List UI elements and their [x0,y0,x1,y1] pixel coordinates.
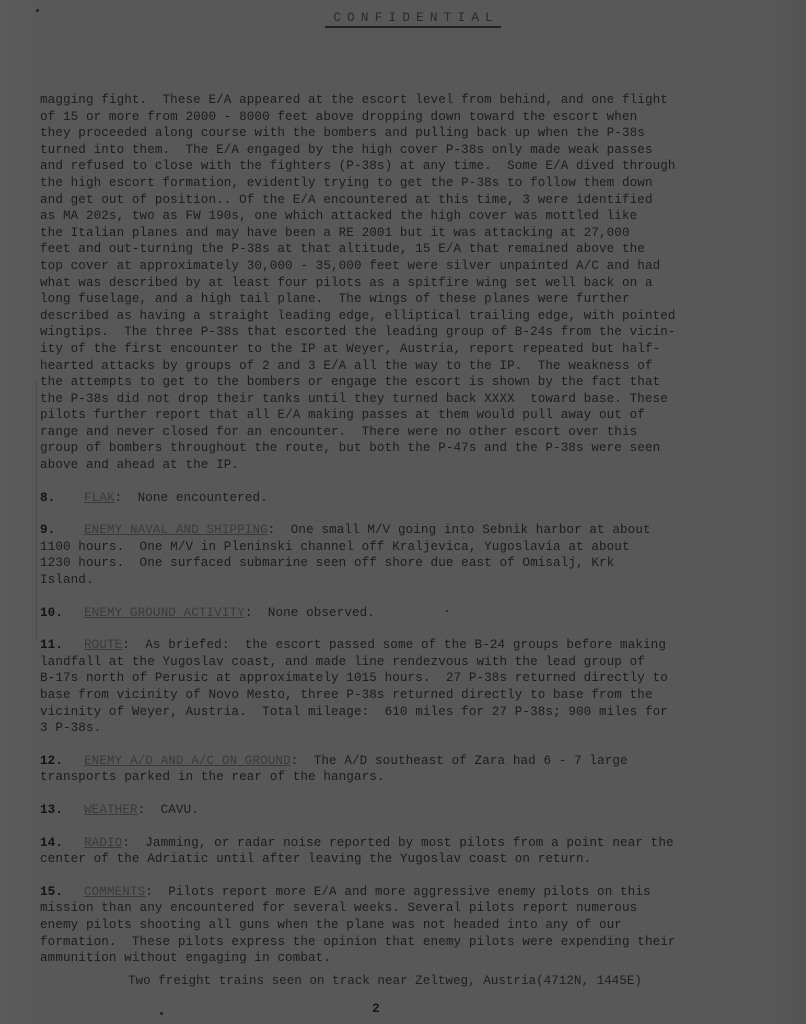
text-line: magging fight. These E/A appeared at the… [40,92,730,109]
section-heading: ENEMY NAVAL AND SHIPPING [84,523,268,537]
section-heading: FLAK [84,491,115,505]
text-line: turned into them. The E/A engaged by the… [40,142,730,159]
report-sections: 8.FLAK: None encountered.9.ENEMY NAVAL A… [40,490,730,967]
section-number: 12. [40,753,84,770]
section-text: : None encountered. [115,491,268,505]
section-enemy-naval-and-shipping: 9.ENEMY NAVAL AND SHIPPING: One small M/… [40,522,730,588]
text-line: landfall at the Yugoslav coast, and made… [40,654,730,671]
section-number: 9. [40,522,84,539]
text-line: the high escort formation, evidently try… [40,175,730,192]
classification-label: CONFIDENTIAL [325,10,501,28]
classification-header: CONFIDENTIAL [0,8,806,28]
text-line: formation. These pilots express the opin… [40,934,730,951]
continuation-paragraph: magging fight. These E/A appeared at the… [40,92,730,474]
section-radio: 14.RADIO: Jamming, or radar noise report… [40,835,730,868]
text-line: Island. [40,572,730,589]
section-heading: ENEMY A/D AND A/C ON GROUND [84,754,291,768]
text-line: described as having a straight leading e… [40,308,730,325]
text-line: mission than any encountered for several… [40,900,730,917]
section-text: : None observed. [245,606,375,620]
section-flak: 8.FLAK: None encountered. [40,490,730,507]
section-comments: 15.COMMENTS: Pilots report more E/A and … [40,884,730,967]
speck [160,1012,163,1015]
text-line: 9.ENEMY NAVAL AND SHIPPING: One small M/… [40,522,730,539]
text-line: the P-38s did not drop their tanks until… [40,391,730,408]
section-heading: WEATHER [84,803,138,817]
text-line: vicinity of Weyer, Austria. Total mileag… [40,704,730,721]
text-line: 1230 hours. One surfaced submarine seen … [40,555,730,572]
text-line: top cover at approximately 30,000 - 35,0… [40,258,730,275]
section-enemy-ground-activity: 10.ENEMY GROUND ACTIVITY: None observed. [40,605,730,622]
text-line: range and never closed for an encounter.… [40,424,730,441]
text-line: long fuselage, and a high tail plane. Th… [40,291,730,308]
text-line: 3 P-38s. [40,720,730,737]
text-line: base from vicinity of Novo Mesto, three … [40,687,730,704]
section-weather: 13.WEATHER: CAVU. [40,802,730,819]
text-line: and refused to close with the fighters (… [40,158,730,175]
text-line: the Italian planes and may have been a R… [40,225,730,242]
text-line: group of bombers throughout the route, b… [40,440,730,457]
text-line: they proceeded along course with the bom… [40,125,730,142]
document-page: CONFIDENTIAL magging fight. These E/A ap… [0,0,806,1024]
section-heading: ENEMY GROUND ACTIVITY [84,606,245,620]
text-line: hearted attacks by groups of 2 and 3 E/A… [40,358,730,375]
section-text: : Jamming, or radar noise reported by mo… [122,836,673,850]
section-number: 11. [40,637,84,654]
page-number: 2 [372,1001,380,1016]
text-line: and get out of position.. Of the E/A enc… [40,192,730,209]
text-line: 13.WEATHER: CAVU. [40,802,730,819]
section-number: 13. [40,802,84,819]
text-line: 11.ROUTE: As briefed: the escort passed … [40,637,730,654]
text-line: feet and out-turning the P-38s at that a… [40,241,730,258]
text-line: 15.COMMENTS: Pilots report more E/A and … [40,884,730,901]
section-heading: RADIO [84,836,122,850]
text-line: 8.FLAK: None encountered. [40,490,730,507]
section-enemy-a-d-and-a-c-on-ground: 12.ENEMY A/D AND A/C ON GROUND: The A/D … [40,753,730,786]
text-line: wingtips. The three P-38s that escorted … [40,324,730,341]
section-heading: COMMENTS [84,885,145,899]
text-line: 10.ENEMY GROUND ACTIVITY: None observed. [40,605,730,622]
text-line: above and ahead at the IP. [40,457,730,474]
section-text: : The A/D southeast of Zara had 6 - 7 la… [291,754,628,768]
text-line: ammunition without engaging in combat. [40,950,730,967]
text-line: as MA 202s, two as FW 190s, one which at… [40,208,730,225]
section-route: 11.ROUTE: As briefed: the escort passed … [40,637,730,737]
text-line: 1100 hours. One M/V in Pleninski channel… [40,539,730,556]
text-line: the attempts to get to the bombers or en… [40,374,730,391]
section-text: : As briefed: the escort passed some of … [122,638,666,652]
text-line: 14.RADIO: Jamming, or radar noise report… [40,835,730,852]
section-number: 15. [40,884,84,901]
section-text: : CAVU. [138,803,199,817]
section-text: : Pilots report more E/A and more aggres… [145,885,650,899]
footer-note: Two freight trains seen on track near Ze… [128,974,642,988]
section-heading: ROUTE [84,638,122,652]
text-line: what was described by at least four pilo… [40,275,730,292]
report-body: magging fight. These E/A appeared at the… [40,92,730,983]
text-line: of 15 or more from 2000 - 8000 feet abov… [40,109,730,126]
section-number: 8. [40,490,84,507]
text-line: pilots further report that all E/A makin… [40,407,730,424]
text-line: transports parked in the rear of the han… [40,769,730,786]
section-number: 10. [40,605,84,622]
text-line: ity of the first encounter to the IP at … [40,341,730,358]
text-line: enemy pilots shooting all guns when the … [40,917,730,934]
section-number: 14. [40,835,84,852]
page-edge-shadow [36,380,37,640]
section-text: : One small M/V going into Sebnik harbor… [268,523,651,537]
text-line: B-17s north of Perusic at approximately … [40,670,730,687]
text-line: 12.ENEMY A/D AND A/C ON GROUND: The A/D … [40,753,730,770]
text-line: center of the Adriatic until after leavi… [40,851,730,868]
